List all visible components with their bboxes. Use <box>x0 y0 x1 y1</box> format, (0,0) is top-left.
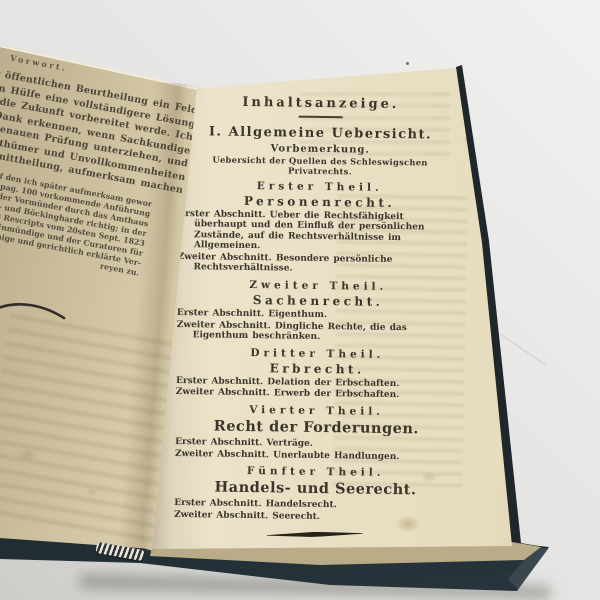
toc-entry <box>299 116 343 118</box>
toc-entry: Sachenrecht. <box>177 292 459 310</box>
dust-speck <box>406 62 409 65</box>
toc-entry: I. Allgemeine Uebersicht. <box>179 123 461 142</box>
toc-entry: Fünfter Theil. <box>175 464 457 480</box>
book-photo: Vorwort. , damit der öffentlichen Beurth… <box>0 0 600 600</box>
toc-entry: Inhaltsanzeige. <box>180 94 462 113</box>
toc-entry: Recht der Forderungen. <box>175 417 457 438</box>
toc-entry: Erster Theil. <box>179 178 461 194</box>
toc-entry: Dritter Theil. <box>176 346 458 362</box>
table-of-contents: Inhaltsanzeige.I. Allgemeine Uebersicht.… <box>174 94 462 539</box>
toc-entry: Vierter Theil. <box>176 403 458 419</box>
toc-entry: Uebersicht der Quellen des Schleswigsche… <box>179 153 461 177</box>
toc-entry: Zweiter Abschnitt. Dingliche Rechte, die… <box>177 320 459 345</box>
toc-entry: Zweiter Abschnitt. Besondere persönliche… <box>177 252 459 277</box>
handwritten-ink-stroke <box>0 298 80 328</box>
toc-entry: Personenrecht. <box>178 192 460 210</box>
toc-entry: Erbrecht. <box>176 360 458 378</box>
toc-entry: Erster Abschnitt. Ueber die Rechtsfähigk… <box>178 208 461 254</box>
toc-entry: Handels- und Seerecht. <box>174 478 456 499</box>
toc-entry: Zweiter Theil. <box>177 278 459 294</box>
